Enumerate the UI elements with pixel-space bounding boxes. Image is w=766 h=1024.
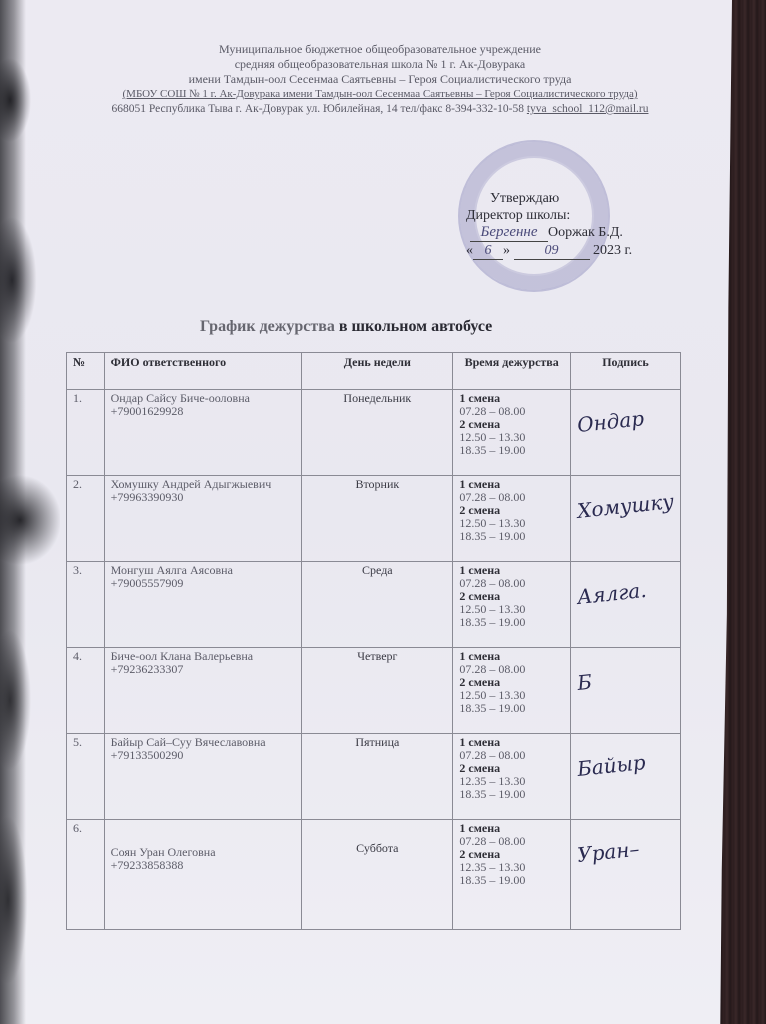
row-number: 4. xyxy=(73,650,98,663)
duty-time-cell: 1 смена 07.28 – 08.00 2 смена 12.35 – 13… xyxy=(453,734,571,820)
handwritten-signature: Уран– xyxy=(577,839,675,862)
responsible-phone: +79963390930 xyxy=(111,491,296,504)
signature-cell: Ондар xyxy=(571,390,681,476)
table-row: 6. Соян Уран Олеговна +79233858388 Суббо… xyxy=(67,820,681,930)
responsible-cell: Ондар Сайсу Биче-ооловна +79001629928 xyxy=(104,390,302,476)
weekday-cell: Среда xyxy=(302,562,453,648)
duty-time-cell: 1 смена 07.28 – 08.00 2 смена 12.35 – 13… xyxy=(453,820,571,930)
table-row: 1. Ондар Сайсу Биче-ооловна +79001629928… xyxy=(67,390,681,476)
handwritten-signature: Байыр xyxy=(577,753,675,776)
responsible-cell: Биче-оол Клана Валерьевна +79236233307 xyxy=(104,648,302,734)
table-row: 5. Байыр Сай–Суу Вячеславовна +791335002… xyxy=(67,734,681,820)
responsible-phone: +79001629928 xyxy=(111,405,296,418)
col-header-day: День недели xyxy=(302,353,453,390)
school-email-link[interactable]: tyva_school_112@mail.ru xyxy=(527,103,649,115)
signature-cell: Б xyxy=(571,648,681,734)
row-number-cell: 6. xyxy=(67,820,105,930)
col-header-signature: Подпись xyxy=(571,353,681,390)
document-title: График дежурства в школьном автобусе xyxy=(200,318,492,336)
letterhead-line-2: средняя общеобразовательная школа № 1 г.… xyxy=(60,57,700,72)
duty-time-cell: 1 смена 07.28 – 08.00 2 смена 12.50 – 13… xyxy=(453,390,571,476)
shift-2-time-b: 18.35 – 19.00 xyxy=(459,702,564,715)
weekday-cell: Понедельник xyxy=(302,390,453,476)
duty-time-cell: 1 смена 07.28 – 08.00 2 смена 12.50 – 13… xyxy=(453,648,571,734)
handwritten-signature: Б xyxy=(577,667,675,690)
row-number-cell: 1. xyxy=(67,390,105,476)
row-number: 6. xyxy=(73,822,98,835)
row-number: 2. xyxy=(73,478,98,491)
responsible-phone: +79233858388 xyxy=(111,859,296,872)
school-letterhead: Муниципальное бюджетное общеобразователь… xyxy=(60,42,700,117)
row-number: 1. xyxy=(73,392,98,405)
table-row: 4. Биче-оол Клана Валерьевна +7923623330… xyxy=(67,648,681,734)
weekday: Суббота xyxy=(356,841,398,855)
weekday-cell: Пятница xyxy=(302,734,453,820)
signature-cell: Хомушку xyxy=(571,476,681,562)
handwritten-signature: Ондар xyxy=(577,409,675,432)
row-number-cell: 4. xyxy=(67,648,105,734)
letterhead-line-3: имени Тамдын-оол Сесенмаа Саятьевны – Ге… xyxy=(60,72,700,87)
responsible-cell: Байыр Сай–Суу Вячеславовна +79133500290 xyxy=(104,734,302,820)
scan-shadow-edge xyxy=(0,0,60,1024)
approval-day: 6 xyxy=(473,242,503,260)
table-header-row: № ФИО ответственного День недели Время д… xyxy=(67,353,681,390)
letterhead-address: 668051 Республика Тыва г. Ак-Довурак ул.… xyxy=(60,102,700,117)
table-row: 3. Монгуш Аялга Аясовна +79005557909 Сре… xyxy=(67,562,681,648)
signature-cell: Аялга. xyxy=(571,562,681,648)
weekday: Вторник xyxy=(355,477,399,491)
responsible-cell: Хомушку Андрей Адыгжыевич +79963390930 xyxy=(104,476,302,562)
row-number-cell: 5. xyxy=(67,734,105,820)
shift-2-time-b: 18.35 – 19.00 xyxy=(459,616,564,629)
duty-time-cell: 1 смена 07.28 – 08.00 2 смена 12.50 – 13… xyxy=(453,562,571,648)
approve-label: Утверждаю xyxy=(466,190,632,207)
handwritten-signature: Хомушку xyxy=(577,495,675,518)
approval-month: 09 xyxy=(514,242,590,260)
signature-cell: Байыр xyxy=(571,734,681,820)
responsible-phone: +79005557909 xyxy=(111,577,296,590)
col-header-number: № xyxy=(67,353,105,390)
row-number: 3. xyxy=(73,564,98,577)
weekday: Четверг xyxy=(357,649,397,663)
letterhead-line-4: (МБОУ СОШ № 1 г. Ак-Довурака имени Тамды… xyxy=(60,87,700,102)
shift-2-time-b: 18.35 – 19.00 xyxy=(459,530,564,543)
address-text: 668051 Республика Тыва г. Ак-Довурак ул.… xyxy=(112,103,527,115)
handwritten-signature: Аялга. xyxy=(577,581,675,604)
approval-year: 2023 г. xyxy=(593,243,632,258)
date-quote-open: « xyxy=(466,243,473,258)
duty-schedule-table: № ФИО ответственного День недели Время д… xyxy=(66,352,681,930)
letterhead-line-1: Муниципальное бюджетное общеобразователь… xyxy=(60,42,700,57)
row-number-cell: 2. xyxy=(67,476,105,562)
weekday-cell: Вторник xyxy=(302,476,453,562)
weekday-cell: Четверг xyxy=(302,648,453,734)
row-number-cell: 3. xyxy=(67,562,105,648)
duty-time-cell: 1 смена 07.28 – 08.00 2 смена 12.50 – 13… xyxy=(453,476,571,562)
shift-2-time-b: 18.35 – 19.00 xyxy=(459,874,564,887)
signature-cell: Уран– xyxy=(571,820,681,930)
title-part-1: График дежурства xyxy=(200,318,335,335)
weekday: Понедельник xyxy=(343,391,411,405)
responsible-phone: +79236233307 xyxy=(111,663,296,676)
row-number: 5. xyxy=(73,736,98,749)
responsible-phone: +79133500290 xyxy=(111,749,296,762)
date-quote-close: » xyxy=(503,243,510,258)
approval-block: Утверждаю Директор школы: БергеннеОоржак… xyxy=(466,190,632,260)
responsible-cell: Соян Уран Олеговна +79233858388 xyxy=(104,820,302,930)
director-position: Директор школы: xyxy=(466,207,632,224)
weekday: Среда xyxy=(362,563,393,577)
director-signature: Бергенне xyxy=(470,224,548,242)
weekday-cell: Суббота xyxy=(302,820,453,930)
responsible-cell: Монгуш Аялга Аясовна +79005557909 xyxy=(104,562,302,648)
col-header-time: Время дежурства xyxy=(453,353,571,390)
title-part-2: в школьном автобусе xyxy=(335,318,492,335)
weekday: Пятница xyxy=(355,735,399,749)
shift-2-time-b: 18.35 – 19.00 xyxy=(459,788,564,801)
table-row: 2. Хомушку Андрей Адыгжыевич +7996339093… xyxy=(67,476,681,562)
director-name: Ооржак Б.Д. xyxy=(548,225,623,240)
shift-2-time-b: 18.35 – 19.00 xyxy=(459,444,564,457)
col-header-name: ФИО ответственного xyxy=(104,353,302,390)
